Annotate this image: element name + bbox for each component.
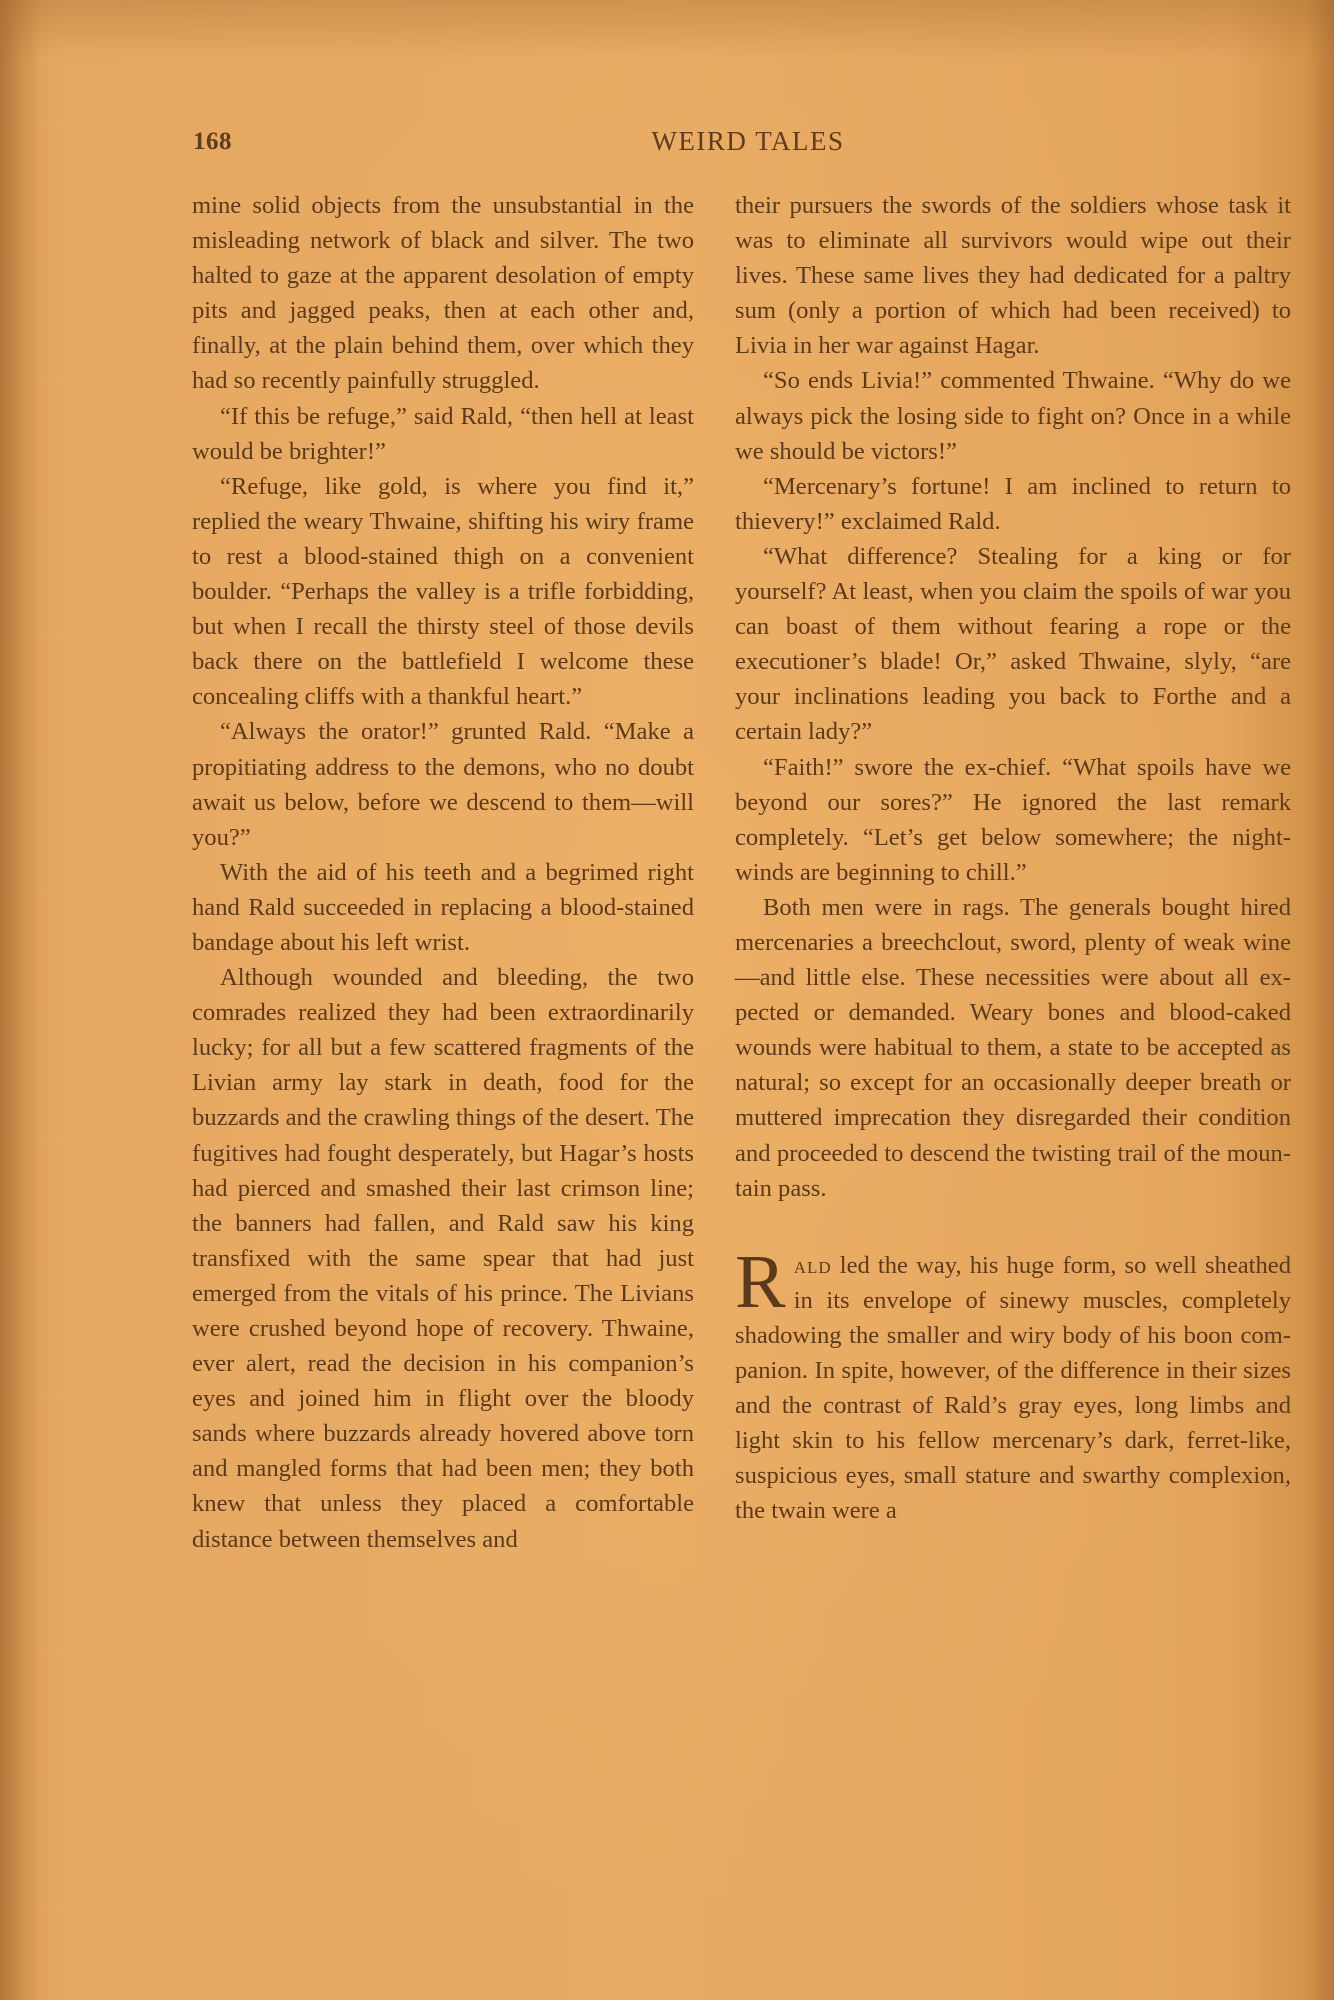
paragraph: “If this be refuge,” said Rald, “then he… <box>192 399 694 469</box>
paragraph: “What difference? Stealing for a king or… <box>735 539 1291 750</box>
section-opening-paragraph: Rald led the way, his huge form, so well… <box>735 1248 1291 1529</box>
paragraph: Although wounded and bleeding, the two c… <box>192 960 694 1557</box>
paragraph: mine solid objects from the unsubstantia… <box>192 188 694 399</box>
paragraph: “Faith!” swore the ex-chief. “What spoil… <box>735 750 1291 890</box>
paragraph: “So ends Livia!” commented Thwaine. “Why… <box>735 363 1291 468</box>
paragraph: “Refuge, like gold, is where you find it… <box>192 469 694 715</box>
paragraph: “Mercenary’s fortune! I am inclined to r… <box>735 469 1291 539</box>
right-column: their pursuers the swords of the soldier… <box>735 188 1291 1528</box>
left-column: mine solid objects from the unsubstantia… <box>192 188 694 1557</box>
paragraph: Both men were in rags. The generals boug… <box>735 890 1291 1206</box>
small-caps-lead: ald <box>794 1252 832 1279</box>
running-header: 168 WEIRD TALES <box>193 124 1303 164</box>
drop-cap: R <box>735 1252 786 1312</box>
running-title: WEIRD TALES <box>193 126 1303 157</box>
section-break <box>735 1206 1291 1248</box>
paragraph: With the aid of his teeth and a be­grime… <box>192 855 694 960</box>
magazine-page: 168 WEIRD TALES mine solid objects from … <box>0 0 1334 2000</box>
paragraph: “Always the orator!” grunted Rald. “Make… <box>192 714 694 854</box>
paragraph: their pursuers the swords of the soldier… <box>735 188 1291 363</box>
paragraph-text: led the way, his huge form, so well shea… <box>735 1252 1291 1525</box>
